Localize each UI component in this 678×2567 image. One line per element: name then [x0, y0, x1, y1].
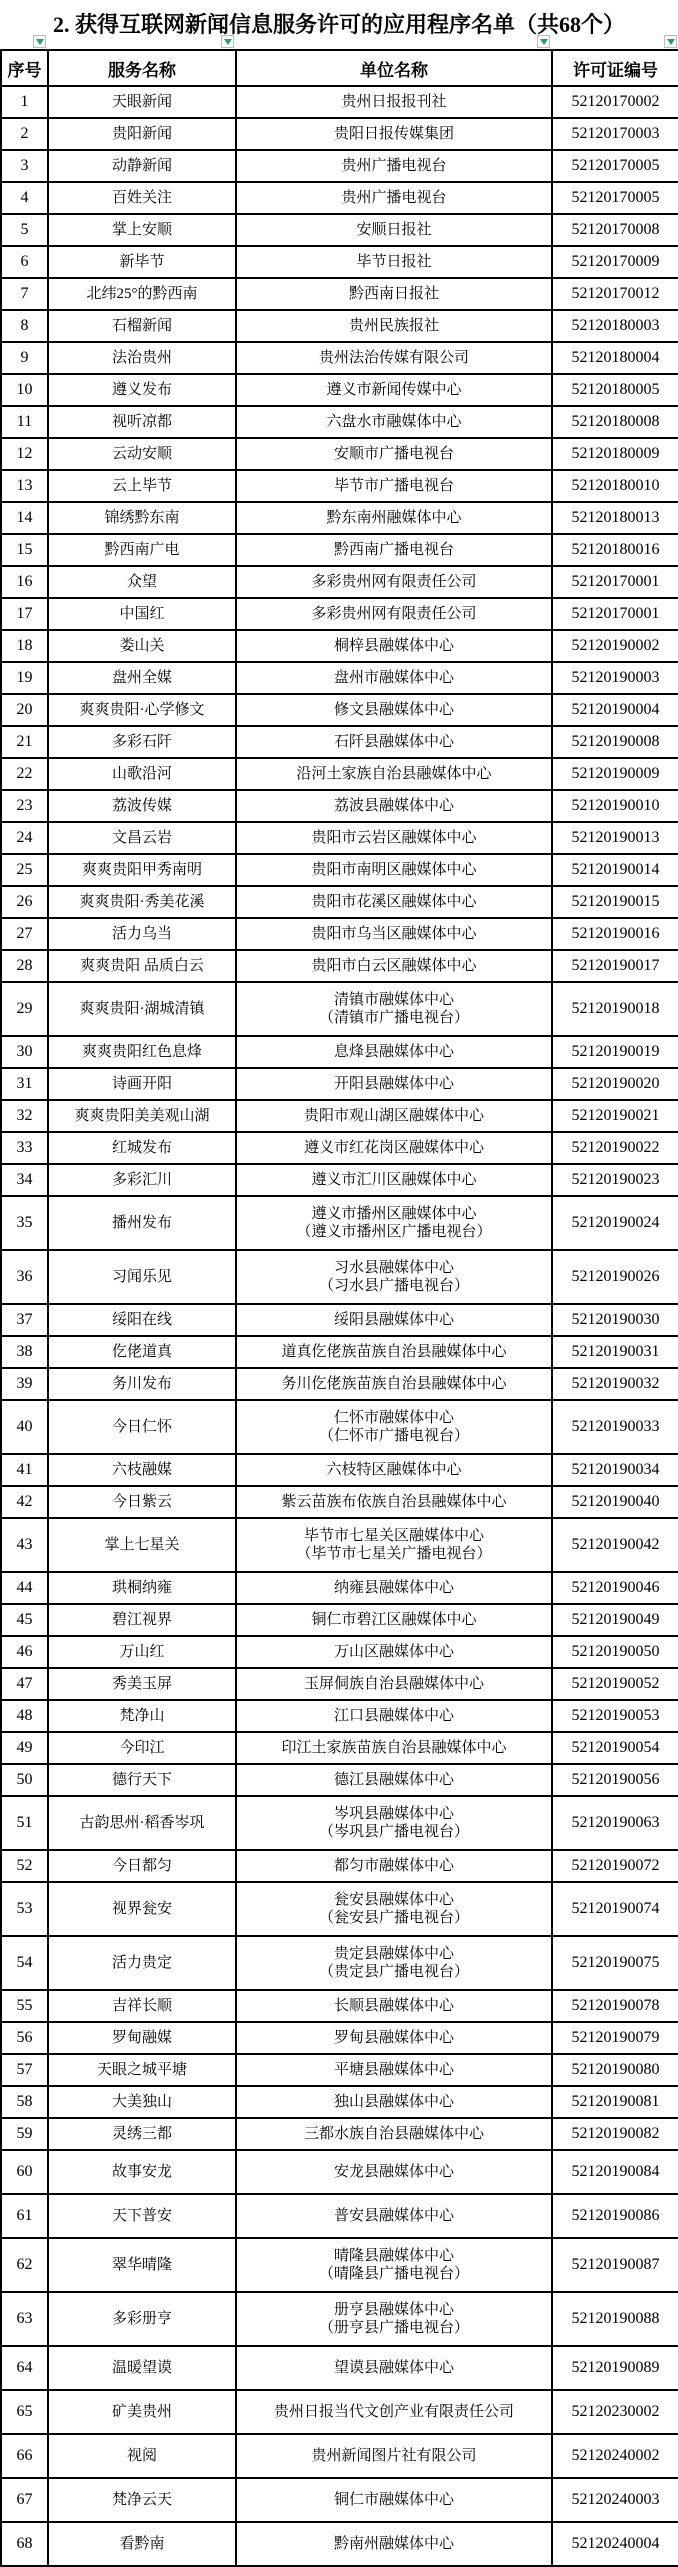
unit-name-cell: 贵定县融媒体中心（贵定县广播电视台） — [236, 1936, 552, 1990]
unit-name-line1: 多彩贵州网有限责任公司 — [239, 573, 549, 591]
unit-name-cell: 安龙县融媒体中心 — [236, 2150, 552, 2194]
license-number-cell: 52120190088 — [552, 2292, 678, 2346]
unit-name-line1: 息烽县融媒体中心 — [239, 1043, 549, 1061]
license-table: 序号 服务名称 单位名称 许可证编号 1天眼新闻贵州日报报刊社521201700… — [0, 49, 678, 2567]
license-number-cell: 52120190020 — [552, 1068, 678, 1100]
row-number-cell: 52 — [1, 1850, 48, 1882]
row-number-cell: 64 — [1, 2346, 48, 2390]
unit-name-cell: 罗甸县融媒体中心 — [236, 2022, 552, 2054]
unit-name-line1: 贵州日报当代文创产业有限责任公司 — [239, 2403, 549, 2421]
service-name-cell: 吉祥长顺 — [48, 1990, 236, 2022]
unit-name-line1: 黔东南州融媒体中心 — [239, 509, 549, 527]
license-number-cell: 52120180005 — [552, 374, 678, 406]
table-row: 3动静新闻贵州广播电视台52120170005 — [1, 150, 678, 182]
license-number-cell: 52120180003 — [552, 310, 678, 342]
row-number-cell: 14 — [1, 502, 48, 534]
row-number-cell: 18 — [1, 630, 48, 662]
unit-name-line1: 玉屏侗族自治县融媒体中心 — [239, 1675, 549, 1693]
row-number-cell: 56 — [1, 2022, 48, 2054]
service-name-cell: 活力贵定 — [48, 1936, 236, 1990]
row-number-cell: 27 — [1, 918, 48, 950]
table-row: 7北纬25°的黔西南黔西南日报社52120170012 — [1, 278, 678, 310]
license-number-cell: 52120190010 — [552, 790, 678, 822]
license-number-cell: 52120190014 — [552, 854, 678, 886]
license-number-cell: 52120190009 — [552, 758, 678, 790]
unit-name-cell: 印江土家族苗族自治县融媒体中心 — [236, 1732, 552, 1764]
unit-name-cell: 毕节市七星关区融媒体中心（毕节市七星关广播电视台） — [236, 1518, 552, 1572]
row-number-cell: 33 — [1, 1132, 48, 1164]
unit-name-line1: 遵义市汇川区融媒体中心 — [239, 1171, 549, 1189]
service-name-cell: 德行天下 — [48, 1764, 236, 1796]
license-number-cell: 52120190015 — [552, 886, 678, 918]
service-name-cell: 掌上七星关 — [48, 1518, 236, 1572]
row-number-cell: 42 — [1, 1486, 48, 1518]
unit-name-line1: 贵州广播电视台 — [239, 189, 549, 207]
service-name-cell: 北纬25°的黔西南 — [48, 278, 236, 310]
unit-name-cell: 安顺日报社 — [236, 214, 552, 246]
service-name-cell: 爽爽贵阳红色息烽 — [48, 1036, 236, 1068]
row-number-cell: 10 — [1, 374, 48, 406]
row-number-cell: 7 — [1, 278, 48, 310]
table-row: 47秀美玉屏玉屏侗族自治县融媒体中心52120190052 — [1, 1668, 678, 1700]
license-number-cell: 52120190017 — [552, 950, 678, 982]
unit-name-cell: 江口县融媒体中心 — [236, 1700, 552, 1732]
unit-name-cell: 多彩贵州网有限责任公司 — [236, 566, 552, 598]
service-name-cell: 故事安龙 — [48, 2150, 236, 2194]
license-number-cell: 52120170012 — [552, 278, 678, 310]
unit-name-line1: 贵阳市乌当区融媒体中心 — [239, 925, 549, 943]
license-number-cell: 52120190008 — [552, 726, 678, 758]
row-number-cell: 67 — [1, 2478, 48, 2522]
unit-name-line1: 贵阳日报传媒集团 — [239, 125, 549, 143]
unit-name-cell: 多彩贵州网有限责任公司 — [236, 598, 552, 630]
license-number-cell: 52120190016 — [552, 918, 678, 950]
filter-dropdown-icon — [224, 39, 232, 45]
row-number-cell: 16 — [1, 566, 48, 598]
table-row: 52今日都匀都匀市融媒体中心52120190072 — [1, 1850, 678, 1882]
table-row: 48梵净山江口县融媒体中心52120190053 — [1, 1700, 678, 1732]
table-row: 34多彩汇川遵义市汇川区融媒体中心52120190023 — [1, 1164, 678, 1196]
service-name-cell: 今日仁怀 — [48, 1400, 236, 1454]
unit-name-cell: 瓮安县融媒体中心（瓮安县广播电视台） — [236, 1882, 552, 1936]
service-name-cell: 珙桐纳雍 — [48, 1572, 236, 1604]
unit-name-cell: 贵阳市云岩区融媒体中心 — [236, 822, 552, 854]
unit-name-line1: 遵义市新闻传媒中心 — [239, 381, 549, 399]
license-number-cell: 52120190026 — [552, 1250, 678, 1304]
row-number-cell: 63 — [1, 2292, 48, 2346]
row-number-cell: 68 — [1, 2522, 48, 2566]
service-name-cell: 温暖望谟 — [48, 2346, 236, 2390]
service-name-cell: 视界瓮安 — [48, 1882, 236, 1936]
row-number-cell: 51 — [1, 1796, 48, 1850]
unit-name-cell: 铜仁市碧江区融媒体中心 — [236, 1604, 552, 1636]
service-name-cell: 新毕节 — [48, 246, 236, 278]
row-number-cell: 32 — [1, 1100, 48, 1132]
unit-name-line2: （遵义市播州区广播电视台） — [239, 1223, 549, 1241]
license-number-cell: 52120190034 — [552, 1454, 678, 1486]
table-row: 20爽爽贵阳·心学修文修文县融媒体中心52120190004 — [1, 694, 678, 726]
row-number-cell: 55 — [1, 1990, 48, 2022]
service-name-cell: 秀美玉屏 — [48, 1668, 236, 1700]
service-name-cell: 红城发布 — [48, 1132, 236, 1164]
row-number-cell: 48 — [1, 1700, 48, 1732]
unit-name-line1: 道真仡佬族苗族自治县融媒体中心 — [239, 1343, 549, 1361]
unit-name-cell: 毕节日报社 — [236, 246, 552, 278]
unit-name-line1: 江口县融媒体中心 — [239, 1707, 549, 1725]
unit-name-cell: 息烽县融媒体中心 — [236, 1036, 552, 1068]
filter-dropdown-button[interactable] — [537, 35, 550, 48]
license-number-cell: 52120180004 — [552, 342, 678, 374]
row-number-cell: 15 — [1, 534, 48, 566]
unit-name-cell: 晴隆县融媒体中心（晴隆县广播电视台） — [236, 2238, 552, 2292]
unit-name-line1: 遵义市播州区融媒体中心 — [239, 1205, 549, 1223]
unit-name-cell: 黔西南广播电视台 — [236, 534, 552, 566]
service-name-cell: 碧江视界 — [48, 1604, 236, 1636]
license-number-cell: 52120190079 — [552, 2022, 678, 2054]
table-row: 41六枝融媒六枝特区融媒体中心52120190034 — [1, 1454, 678, 1486]
unit-name-cell: 盘州市融媒体中心 — [236, 662, 552, 694]
unit-name-line1: 万山区融媒体中心 — [239, 1643, 549, 1661]
license-number-cell: 52120190087 — [552, 2238, 678, 2292]
unit-name-line1: 沿河土家族自治县融媒体中心 — [239, 765, 549, 783]
table-row: 35播州发布遵义市播州区融媒体中心（遵义市播州区广播电视台）5212019002… — [1, 1196, 678, 1250]
unit-name-line1: 贵州新闻图片社有限公司 — [239, 2447, 549, 2465]
table-row: 6新毕节毕节日报社52120170009 — [1, 246, 678, 278]
row-number-cell: 21 — [1, 726, 48, 758]
unit-name-line1: 普安县融媒体中心 — [239, 2207, 549, 2225]
filter-dropdown-button[interactable] — [221, 35, 234, 48]
row-number-cell: 36 — [1, 1250, 48, 1304]
unit-name-line1: 贵阳市白云区融媒体中心 — [239, 957, 549, 975]
table-row: 53视界瓮安瓮安县融媒体中心（瓮安县广播电视台）52120190074 — [1, 1882, 678, 1936]
unit-name-line2: （岑巩县广播电视台） — [239, 1823, 549, 1841]
unit-name-line1: 贵州法治传媒有限公司 — [239, 349, 549, 367]
unit-name-line1: 习水县融媒体中心 — [239, 1259, 549, 1277]
unit-name-line1: 印江土家族苗族自治县融媒体中心 — [239, 1739, 549, 1757]
table-row: 21多彩石阡石阡县融媒体中心52120190008 — [1, 726, 678, 758]
license-number-cell: 52120190053 — [552, 1700, 678, 1732]
unit-name-cell: 六盘水市融媒体中心 — [236, 406, 552, 438]
service-name-cell: 黔西南广电 — [48, 534, 236, 566]
row-number-cell: 53 — [1, 1882, 48, 1936]
table-row: 27活力乌当贵阳市乌当区融媒体中心52120190016 — [1, 918, 678, 950]
unit-name-cell: 修文县融媒体中心 — [236, 694, 552, 726]
unit-name-cell: 独山县融媒体中心 — [236, 2086, 552, 2118]
service-name-cell: 今印江 — [48, 1732, 236, 1764]
row-number-cell: 65 — [1, 2390, 48, 2434]
service-name-cell: 多彩石阡 — [48, 726, 236, 758]
unit-name-line1: 安龙县融媒体中心 — [239, 2163, 549, 2181]
unit-name-cell: 望谟县融媒体中心 — [236, 2346, 552, 2390]
row-number-cell: 62 — [1, 2238, 48, 2292]
unit-name-line1: 紫云苗族布依族自治县融媒体中心 — [239, 1493, 549, 1511]
table-row: 45碧江视界铜仁市碧江区融媒体中心52120190049 — [1, 1604, 678, 1636]
row-number-cell: 19 — [1, 662, 48, 694]
unit-name-cell: 遵义市汇川区融媒体中心 — [236, 1164, 552, 1196]
unit-name-line1: 黔南州融媒体中心 — [239, 2535, 549, 2553]
row-number-cell: 13 — [1, 470, 48, 502]
service-name-cell: 动静新闻 — [48, 150, 236, 182]
row-number-cell: 24 — [1, 822, 48, 854]
license-number-cell: 52120190004 — [552, 694, 678, 726]
unit-name-cell: 纳雍县融媒体中心 — [236, 1572, 552, 1604]
row-number-cell: 8 — [1, 310, 48, 342]
unit-name-line1: 遵义市红花岗区融媒体中心 — [239, 1139, 549, 1157]
unit-name-cell: 仁怀市融媒体中心（仁怀市广播电视台） — [236, 1400, 552, 1454]
header-cell-service: 服务名称 — [48, 50, 236, 86]
unit-name-line1: 贵阳市南明区融媒体中心 — [239, 861, 549, 879]
unit-name-cell: 安顺市广播电视台 — [236, 438, 552, 470]
service-name-cell: 视阅 — [48, 2434, 236, 2478]
table-row: 11视听凉都六盘水市融媒体中心52120180008 — [1, 406, 678, 438]
row-number-cell: 58 — [1, 2086, 48, 2118]
unit-name-cell: 贵阳市观山湖区融媒体中心 — [236, 1100, 552, 1132]
license-table-body: 1天眼新闻贵州日报报刊社521201700022贵阳新闻贵阳日报传媒集团5212… — [1, 86, 678, 2566]
license-number-cell: 52120170009 — [552, 246, 678, 278]
unit-name-cell: 清镇市融媒体中心（清镇市广播电视台） — [236, 982, 552, 1036]
service-name-cell: 盘州全媒 — [48, 662, 236, 694]
unit-name-line1: 清镇市融媒体中心 — [239, 991, 549, 1009]
service-name-cell: 六枝融媒 — [48, 1454, 236, 1486]
service-name-cell: 务川发布 — [48, 1368, 236, 1400]
service-name-cell: 掌上安顺 — [48, 214, 236, 246]
row-number-cell: 61 — [1, 2194, 48, 2238]
unit-name-cell: 遵义市新闻传媒中心 — [236, 374, 552, 406]
service-name-cell: 爽爽贵阳·湖城清镇 — [48, 982, 236, 1036]
table-row: 9法治贵州贵州法治传媒有限公司52120180004 — [1, 342, 678, 374]
table-row: 67梵净云天铜仁市融媒体中心52120240003 — [1, 2478, 678, 2522]
license-number-cell: 52120240002 — [552, 2434, 678, 2478]
table-row: 19盘州全媒盘州市融媒体中心52120190003 — [1, 662, 678, 694]
service-name-cell: 绥阳在线 — [48, 1304, 236, 1336]
unit-name-cell: 贵州日报当代文创产业有限责任公司 — [236, 2390, 552, 2434]
unit-name-line2: （毕节市七星关广播电视台） — [239, 1545, 549, 1563]
table-row: 33红城发布遵义市红花岗区融媒体中心52120190022 — [1, 1132, 678, 1164]
table-row: 23荔波传媒荔波县融媒体中心52120190010 — [1, 790, 678, 822]
service-name-cell: 众望 — [48, 566, 236, 598]
table-row: 43掌上七星关毕节市七星关区融媒体中心（毕节市七星关广播电视台）52120190… — [1, 1518, 678, 1572]
unit-name-cell: 册亨县融媒体中心（册亨县广播电视台） — [236, 2292, 552, 2346]
unit-name-cell: 桐梓县融媒体中心 — [236, 630, 552, 662]
license-number-cell: 52120190031 — [552, 1336, 678, 1368]
unit-name-line1: 六盘水市融媒体中心 — [239, 413, 549, 431]
unit-name-line1: 毕节日报社 — [239, 253, 549, 271]
license-number-cell: 52120190072 — [552, 1850, 678, 1882]
row-number-cell: 54 — [1, 1936, 48, 1990]
unit-name-cell: 六枝特区融媒体中心 — [236, 1454, 552, 1486]
table-row: 63多彩册亨册亨县融媒体中心（册亨县广播电视台）52120190088 — [1, 2292, 678, 2346]
table-row: 15黔西南广电黔西南广播电视台52120180016 — [1, 534, 678, 566]
service-name-cell: 多彩册亨 — [48, 2292, 236, 2346]
license-number-cell: 52120170001 — [552, 598, 678, 630]
unit-name-line1: 贵阳市花溪区融媒体中心 — [239, 893, 549, 911]
table-row: 49今印江印江土家族苗族自治县融媒体中心52120190054 — [1, 1732, 678, 1764]
row-number-cell: 37 — [1, 1304, 48, 1336]
unit-name-line1: 纳雍县融媒体中心 — [239, 1579, 549, 1597]
filter-dropdown-button[interactable] — [664, 35, 677, 48]
table-row: 5掌上安顺安顺日报社52120170008 — [1, 214, 678, 246]
unit-name-cell: 贵州日报报刊社 — [236, 86, 552, 118]
license-number-cell: 52120190056 — [552, 1764, 678, 1796]
service-name-cell: 山歌沿河 — [48, 758, 236, 790]
license-number-cell: 52120190075 — [552, 1936, 678, 1990]
unit-name-cell: 玉屏侗族自治县融媒体中心 — [236, 1668, 552, 1700]
license-number-cell: 52120190089 — [552, 2346, 678, 2390]
row-number-cell: 29 — [1, 982, 48, 1036]
unit-name-line1: 贵阳市云岩区融媒体中心 — [239, 829, 549, 847]
service-name-cell: 诗画开阳 — [48, 1068, 236, 1100]
row-number-cell: 11 — [1, 406, 48, 438]
license-number-cell: 52120190078 — [552, 1990, 678, 2022]
unit-name-cell: 黔西南日报社 — [236, 278, 552, 310]
service-name-cell: 法治贵州 — [48, 342, 236, 374]
unit-name-cell: 务川仡佬族苗族自治县融媒体中心 — [236, 1368, 552, 1400]
license-number-cell: 52120170003 — [552, 118, 678, 150]
unit-name-cell: 铜仁市融媒体中心 — [236, 2478, 552, 2522]
row-number-cell: 60 — [1, 2150, 48, 2194]
table-row: 60故事安龙安龙县融媒体中心52120190084 — [1, 2150, 678, 2194]
unit-name-cell: 三都水族自治县融媒体中心 — [236, 2118, 552, 2150]
service-name-cell: 贵阳新闻 — [48, 118, 236, 150]
table-row: 22山歌沿河沿河土家族自治县融媒体中心52120190009 — [1, 758, 678, 790]
license-number-cell: 52120190024 — [552, 1196, 678, 1250]
service-name-cell: 爽爽贵阳·心学修文 — [48, 694, 236, 726]
service-name-cell: 播州发布 — [48, 1196, 236, 1250]
row-number-cell: 25 — [1, 854, 48, 886]
service-name-cell: 石榴新闻 — [48, 310, 236, 342]
unit-name-line1: 铜仁市融媒体中心 — [239, 2491, 549, 2509]
table-row: 10遵义发布遵义市新闻传媒中心52120180005 — [1, 374, 678, 406]
unit-name-line1: 桐梓县融媒体中心 — [239, 637, 549, 655]
license-number-cell: 52120190081 — [552, 2086, 678, 2118]
row-number-cell: 12 — [1, 438, 48, 470]
table-row: 51古韵思州·稻香岑巩岑巩县融媒体中心（岑巩县广播电视台）52120190063 — [1, 1796, 678, 1850]
row-number-cell: 4 — [1, 182, 48, 214]
service-name-cell: 视听凉都 — [48, 406, 236, 438]
table-row: 42今日紫云紫云苗族布依族自治县融媒体中心52120190040 — [1, 1486, 678, 1518]
row-number-cell: 40 — [1, 1400, 48, 1454]
title-area: 2. 获得互联网新闻信息服务许可的应用程序名单（共68个） — [0, 0, 678, 49]
license-number-cell: 52120190002 — [552, 630, 678, 662]
license-number-cell: 52120190003 — [552, 662, 678, 694]
service-name-cell: 文昌云岩 — [48, 822, 236, 854]
table-row: 32爽爽贵阳美美观山湖贵阳市观山湖区融媒体中心52120190021 — [1, 1100, 678, 1132]
row-number-cell: 17 — [1, 598, 48, 630]
license-number-cell: 52120230002 — [552, 2390, 678, 2434]
table-row: 29爽爽贵阳·湖城清镇清镇市融媒体中心（清镇市广播电视台）52120190018 — [1, 982, 678, 1036]
table-row: 66视阅贵州新闻图片社有限公司52120240002 — [1, 2434, 678, 2478]
unit-name-line2: （习水县广播电视台） — [239, 1277, 549, 1295]
row-number-cell: 2 — [1, 118, 48, 150]
row-number-cell: 5 — [1, 214, 48, 246]
unit-name-line2: （晴隆县广播电视台） — [239, 2265, 549, 2283]
row-number-cell: 9 — [1, 342, 48, 374]
unit-name-cell: 德江县融媒体中心 — [236, 1764, 552, 1796]
license-number-cell: 52120190054 — [552, 1732, 678, 1764]
unit-name-cell: 都匀市融媒体中心 — [236, 1850, 552, 1882]
table-row: 31诗画开阳开阳县融媒体中心52120190020 — [1, 1068, 678, 1100]
license-number-cell: 52120170002 — [552, 86, 678, 118]
unit-name-line1: 毕节市七星关区融媒体中心 — [239, 1527, 549, 1545]
license-number-cell: 52120190080 — [552, 2054, 678, 2086]
filter-dropdown-icon — [540, 39, 548, 45]
unit-name-cell: 贵阳日报传媒集团 — [236, 118, 552, 150]
service-name-cell: 爽爽贵阳 品质白云 — [48, 950, 236, 982]
unit-name-cell: 毕节市广播电视台 — [236, 470, 552, 502]
unit-name-line1: 独山县融媒体中心 — [239, 2093, 549, 2111]
row-number-cell: 3 — [1, 150, 48, 182]
unit-name-line1: 德江县融媒体中心 — [239, 1771, 549, 1789]
unit-name-cell: 岑巩县融媒体中心（岑巩县广播电视台） — [236, 1796, 552, 1850]
row-number-cell: 28 — [1, 950, 48, 982]
table-row: 24文昌云岩贵阳市云岩区融媒体中心52120190013 — [1, 822, 678, 854]
table-row: 2贵阳新闻贵阳日报传媒集团52120170003 — [1, 118, 678, 150]
unit-name-cell: 贵阳市乌当区融媒体中心 — [236, 918, 552, 950]
service-name-cell: 锦绣黔东南 — [48, 502, 236, 534]
service-name-cell: 多彩汇川 — [48, 1164, 236, 1196]
license-number-cell: 52120240003 — [552, 2478, 678, 2522]
service-name-cell: 灵绣三都 — [48, 2118, 236, 2150]
table-row: 50德行天下德江县融媒体中心52120190056 — [1, 1764, 678, 1796]
unit-name-cell: 贵阳市南明区融媒体中心 — [236, 854, 552, 886]
license-number-cell: 52120190023 — [552, 1164, 678, 1196]
row-number-cell: 50 — [1, 1764, 48, 1796]
table-row: 59灵绣三都三都水族自治县融媒体中心52120190082 — [1, 2118, 678, 2150]
license-number-cell: 52120180009 — [552, 438, 678, 470]
row-number-cell: 20 — [1, 694, 48, 726]
table-row: 46万山红万山区融媒体中心52120190050 — [1, 1636, 678, 1668]
unit-name-cell: 紫云苗族布依族自治县融媒体中心 — [236, 1486, 552, 1518]
unit-name-line2: （瓮安县广播电视台） — [239, 1909, 549, 1927]
service-name-cell: 爽爽贵阳美美观山湖 — [48, 1100, 236, 1132]
table-row: 17中国红多彩贵州网有限责任公司52120170001 — [1, 598, 678, 630]
license-number-cell: 52120180016 — [552, 534, 678, 566]
unit-name-line1: 仁怀市融媒体中心 — [239, 1409, 549, 1427]
service-name-cell: 罗甸融媒 — [48, 2022, 236, 2054]
unit-name-line1: 黔西南日报社 — [239, 285, 549, 303]
unit-name-cell: 普安县融媒体中心 — [236, 2194, 552, 2238]
unit-name-cell: 黔东南州融媒体中心 — [236, 502, 552, 534]
unit-name-cell: 贵阳市花溪区融媒体中心 — [236, 886, 552, 918]
unit-name-line1: 铜仁市碧江区融媒体中心 — [239, 1611, 549, 1629]
page-title: 2. 获得互联网新闻信息服务许可的应用程序名单（共68个） — [0, 0, 678, 38]
service-name-cell: 今日紫云 — [48, 1486, 236, 1518]
service-name-cell: 矿美贵州 — [48, 2390, 236, 2434]
unit-name-line1: 开阳县融媒体中心 — [239, 1075, 549, 1093]
filter-dropdown-button[interactable] — [33, 35, 46, 48]
unit-name-line2: （仁怀市广播电视台） — [239, 1427, 549, 1445]
row-number-cell: 59 — [1, 2118, 48, 2150]
table-row: 55吉祥长顺长顺县融媒体中心52120190078 — [1, 1990, 678, 2022]
unit-name-line1: 贵阳市观山湖区融媒体中心 — [239, 1107, 549, 1125]
row-number-cell: 46 — [1, 1636, 48, 1668]
service-name-cell: 看黔南 — [48, 2522, 236, 2566]
unit-name-line1: 安顺市广播电视台 — [239, 445, 549, 463]
table-row: 68看黔南黔南州融媒体中心52120240004 — [1, 2522, 678, 2566]
service-name-cell: 荔波传媒 — [48, 790, 236, 822]
license-number-cell: 52120170005 — [552, 182, 678, 214]
header-cell-unit: 单位名称 — [236, 50, 552, 86]
table-row: 58大美独山独山县融媒体中心52120190081 — [1, 2086, 678, 2118]
table-row: 54活力贵定贵定县融媒体中心（贵定县广播电视台）52120190075 — [1, 1936, 678, 1990]
license-number-cell: 52120190084 — [552, 2150, 678, 2194]
license-number-cell: 52120190032 — [552, 1368, 678, 1400]
table-row: 40今日仁怀仁怀市融媒体中心（仁怀市广播电视台）52120190033 — [1, 1400, 678, 1454]
license-number-cell: 52120240004 — [552, 2522, 678, 2566]
service-name-cell: 习闻乐见 — [48, 1250, 236, 1304]
table-row: 16众望多彩贵州网有限责任公司52120170001 — [1, 566, 678, 598]
license-number-cell: 52120190049 — [552, 1604, 678, 1636]
